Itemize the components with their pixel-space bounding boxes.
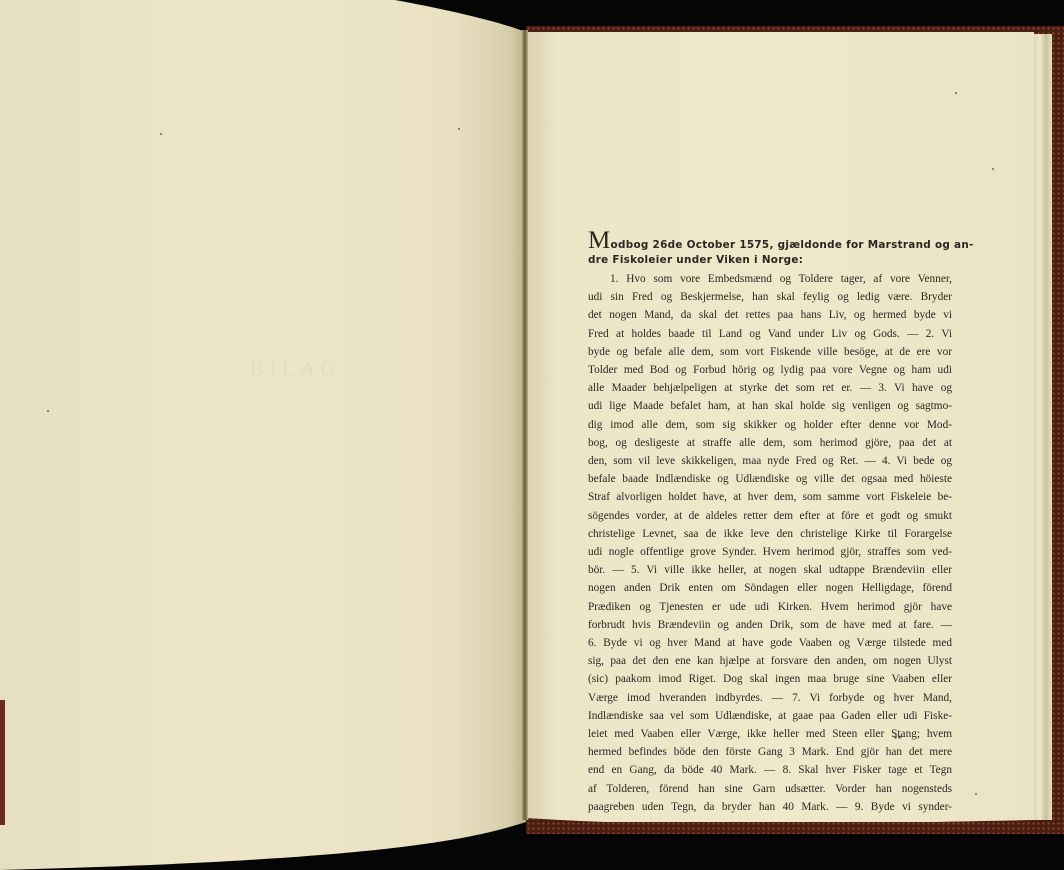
text-line: den, som vil leve skikkeligen, maa nyde …	[588, 452, 952, 470]
bleed-through-text: BILAG	[250, 358, 341, 381]
text-line: Straf alvorligen holdet have, at hver de…	[588, 488, 952, 506]
text-line: udi sin Fred og Beskjermelse, han skal f…	[588, 288, 952, 306]
text-line: bog, og desligeste at straffe alle dem, …	[588, 434, 952, 452]
text-line: dig imod alle dem, som sig skikker og ho…	[588, 416, 952, 434]
text-line: paagreben uden Tegn, da bryder han 40 Ma…	[588, 798, 952, 816]
text-line: christelige Levnet, saa de ikke leve den…	[588, 525, 952, 543]
book-gutter	[522, 30, 528, 820]
text-line: (sic) paakom imod Riget. Dog skal ingen …	[588, 670, 952, 688]
paper-speck	[992, 168, 994, 170]
text-line: 1. Hvo som vore Embedsmænd og Toldere ta…	[588, 270, 952, 288]
heading-line-1: odbog 26de October 1575, gjældonde for M…	[611, 239, 974, 251]
heading-line-2: dre Fiskoleier under Viken i Norge:	[588, 253, 952, 268]
text-line: alle Maader behjælpeligen at styrke det …	[588, 379, 952, 397]
text-line: Indlændiske saa vel som Udlændiske, at g…	[588, 707, 952, 725]
paper-speck	[160, 133, 162, 135]
text-line: af Tolderen, förend han sine Garn udsætt…	[588, 780, 952, 798]
signature-mark: **	[893, 734, 902, 744]
text-line: Værge imod hveranden indbyrdes. — 7. Vi …	[588, 689, 952, 707]
text-line: byde og befale alle dem, som vort Fisken…	[588, 343, 952, 361]
section-heading: Modbog 26de October 1575, gjældonde for …	[588, 231, 952, 268]
text-line: Tolder med Bod og Forbud hörig og lydig …	[588, 361, 952, 379]
text-line: 6. Byde vi og hver Mand at have gode Vaa…	[588, 634, 952, 652]
text-line: sig, paa det den ene kan hjælpe at forsv…	[588, 652, 952, 670]
page-stack-edge	[1032, 34, 1052, 820]
left-page: BILAG	[0, 0, 526, 870]
left-cover-edge	[0, 700, 5, 825]
text-line: Prædiken og Tjenesten er ude udi Kirken.…	[588, 598, 952, 616]
text-line: Fred at holdes baade til Land og Vand un…	[588, 325, 952, 343]
text-line: forbrudt hvis Brændeviin og anden Drik, …	[588, 616, 952, 634]
text-line: befale baade Indlændiske og Udlændiske o…	[588, 470, 952, 488]
drop-initial: M	[588, 227, 611, 254]
text-line: udi lige Maade befalet ham, at han skal …	[588, 397, 952, 415]
text-line: bör. — 5. Vi ville ikke heller, at nogen…	[588, 561, 952, 579]
text-line: sögendes vorder, at de aldeles retter de…	[588, 507, 952, 525]
text-line: end en Gang, da böde 40 Mark. — 8. Skal …	[588, 761, 952, 779]
page-text: Modbog 26de October 1575, gjældonde for …	[588, 231, 952, 816]
text-line: hermed befindes böde den förste Gang 3 M…	[588, 743, 952, 761]
text-line: det nogen Mand, da skal det rettes paa h…	[588, 306, 952, 324]
text-line: nogen anden Drik enten om Söndagen eller…	[588, 579, 952, 597]
paper-speck	[458, 128, 460, 130]
text-line: udi nogle offentlige grove Synder. Hvem …	[588, 543, 952, 561]
paper-speck	[955, 92, 957, 94]
paper-speck	[47, 410, 49, 412]
paper-speck	[975, 793, 977, 795]
